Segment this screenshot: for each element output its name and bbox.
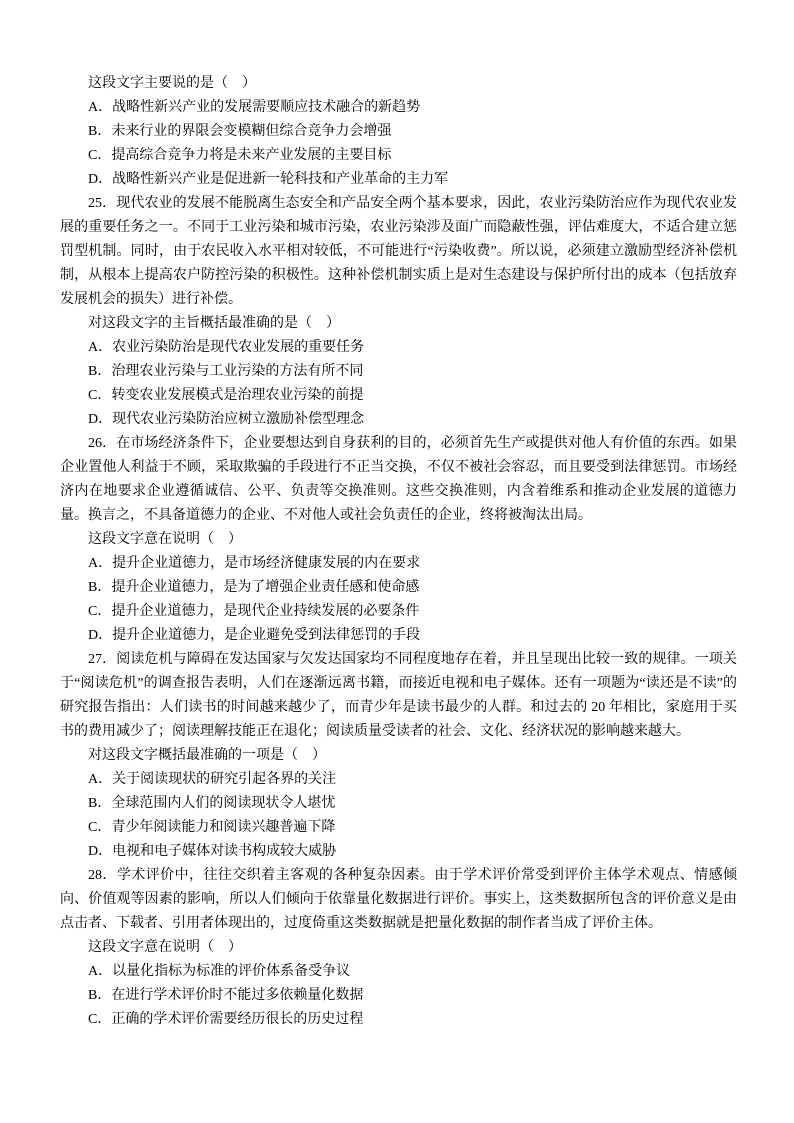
question-25: 25．现代农业的发展不能脱离生态安全和产品安全两个基本要求，因此，农业污染防治应… xyxy=(60,192,737,432)
answer-option: D．电视和电子媒体对读书构成较大威胁 xyxy=(60,840,737,864)
question-passage: 28．学术评价中，往往交织着主客观的各种复杂因素。由于学术评价常受到评价主体学术… xyxy=(60,864,737,936)
answer-option: C．青少年阅读能力和阅读兴趣普遍下降 xyxy=(60,816,737,840)
question-continued: 这段文字主要说的是（ ）A．战略性新兴产业的发展需要顺应技术融合的新趋势B．未来… xyxy=(60,72,737,192)
question-26: 26．在市场经济条件下，企业要想达到自身获利的目的，必须首先生产或提供对他人有价… xyxy=(60,432,737,648)
question-prompt: 这段文字意在说明（ ） xyxy=(60,528,737,552)
answer-option: D．战略性新兴产业是促进新一轮科技和产业革命的主力军 xyxy=(60,168,737,192)
answer-option: C．提升企业道德力，是现代企业持续发展的必要条件 xyxy=(60,600,737,624)
question-28: 28．学术评价中，往往交织着主客观的各种复杂因素。由于学术评价常受到评价主体学术… xyxy=(60,864,737,1032)
question-27: 27．阅读危机与障碍在发达国家与欠发达国家均不同程度地存在着，并且呈现出比较一致… xyxy=(60,648,737,864)
answer-option: A．关于阅读现状的研究引起各界的关注 xyxy=(60,768,737,792)
answer-option: C．正确的学术评价需要经历很长的历史过程 xyxy=(60,1008,737,1032)
question-prompt: 这段文字意在说明（ ） xyxy=(60,936,737,960)
answer-option: D．现代农业污染防治应树立激励补偿型理念 xyxy=(60,408,737,432)
question-prompt: 对这段文字概括最准确的一项是（ ） xyxy=(60,744,737,768)
answer-option: B．在进行学术评价时不能过多依赖量化数据 xyxy=(60,984,737,1008)
answer-option: C．转变农业发展模式是治理农业污染的前提 xyxy=(60,384,737,408)
answer-option: B．治理农业污染与工业污染的方法有所不同 xyxy=(60,360,737,384)
answer-option: D．提升企业道德力，是企业避免受到法律惩罚的手段 xyxy=(60,624,737,648)
question-prompt: 这段文字主要说的是（ ） xyxy=(60,72,737,96)
answer-option: B．提升企业道德力，是为了增强企业责任感和使命感 xyxy=(60,576,737,600)
answer-option: B．全球范围内人们的阅读现状令人堪忧 xyxy=(60,792,737,816)
document-page: 这段文字主要说的是（ ）A．战略性新兴产业的发展需要顺应技术融合的新趋势B．未来… xyxy=(0,0,794,1123)
question-passage: 27．阅读危机与障碍在发达国家与欠发达国家均不同程度地存在着，并且呈现出比较一致… xyxy=(60,648,737,744)
document-content: 这段文字主要说的是（ ）A．战略性新兴产业的发展需要顺应技术融合的新趋势B．未来… xyxy=(60,72,737,1032)
answer-option: A．农业污染防治是现代农业发展的重要任务 xyxy=(60,336,737,360)
question-prompt: 对这段文字的主旨概括最准确的是（ ） xyxy=(60,312,737,336)
question-passage: 26．在市场经济条件下，企业要想达到自身获利的目的，必须首先生产或提供对他人有价… xyxy=(60,432,737,528)
answer-option: B．未来行业的界限会变模糊但综合竞争力会增强 xyxy=(60,120,737,144)
answer-option: A．战略性新兴产业的发展需要顺应技术融合的新趋势 xyxy=(60,96,737,120)
question-passage: 25．现代农业的发展不能脱离生态安全和产品安全两个基本要求，因此，农业污染防治应… xyxy=(60,192,737,312)
answer-option: A．以量化指标为标准的评价体系备受争议 xyxy=(60,960,737,984)
answer-option: C．提高综合竞争力将是未来产业发展的主要目标 xyxy=(60,144,737,168)
answer-option: A．提升企业道德力，是市场经济健康发展的内在要求 xyxy=(60,552,737,576)
